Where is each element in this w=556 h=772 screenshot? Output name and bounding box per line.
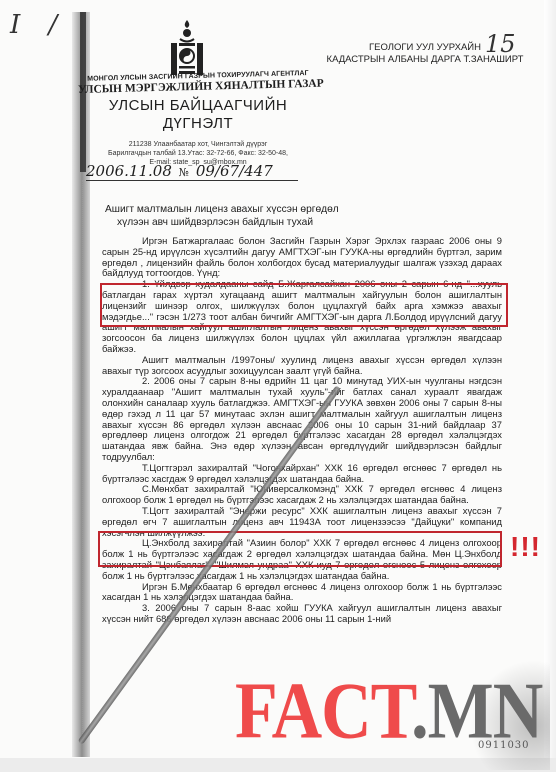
soyombo-emblem-icon — [165, 18, 209, 80]
recipient-line1: ГЕОЛОГИ УУЛ УУРХАЙН — [300, 42, 550, 54]
paragraph-citizen-munkhbaatar: Иргэн Б.Мөнхбаатар 6 өргөдөл өгснөөс 4 л… — [102, 582, 502, 604]
paragraph-intro: Иргэн Батжаргалаас болон Засгийн Газрын … — [102, 236, 502, 279]
document-dateline: 2006.11.08 № 09/67/447 — [86, 162, 298, 181]
address-line: Барилгачдын талбай 13.Утас: 32-72-66, Фа… — [78, 149, 318, 158]
document-serial-number: 0911030 — [478, 740, 530, 751]
exclamation-annotation: !!! — [510, 533, 541, 561]
document-number: 09/67/447 — [196, 162, 273, 180]
document-type-line1: УЛСЫН БАЙЦААГЧИЙН — [78, 98, 318, 114]
highlight-box-minister-letter — [100, 283, 508, 327]
subject-line2: хүлээн авч шийдвэрлэсэн байдлын тухай — [105, 216, 339, 229]
number-label: № — [179, 166, 189, 179]
handwritten-corner-mark: I / — [10, 10, 67, 40]
document-date: 2006.11.08 — [86, 162, 172, 180]
document-type-line2: ДҮГНЭЛТ — [78, 116, 318, 132]
address-line: 211238 Улаанбаатар хот, Чингэлтэй дүүрэг — [78, 140, 318, 149]
issuing-agency-letterhead: МОНГОЛ УЛСЫН ЗАСГИЙН ГАЗРЫН ТОХИРУУЛАГЧ … — [78, 76, 318, 167]
page-right-edge — [544, 0, 556, 758]
paragraph-point-3: 3. 2006 оны 7 сарын 8-аас хойш ГУУКА хай… — [102, 603, 502, 625]
highlight-box-energy-resource — [98, 531, 502, 567]
watermark-text-red: FACT — [235, 667, 411, 756]
paragraph-law-note: Ашигт малтмалын /1997оны/ хуулинд лиценз… — [102, 355, 502, 377]
document-subject: Ашигт малтмалын лиценз авахыг хүссэн өрг… — [105, 203, 339, 229]
scan-dotted-edge — [82, 180, 84, 740]
paragraph-company-universalcommand: С.Мөнхбат захиралтай "Юниверсалкомэнд" Х… — [102, 484, 502, 506]
subject-line1: Ашигт малтмалын лиценз авахыг хүссэн өрг… — [105, 203, 339, 216]
paragraph-point-2: 2. 2006 оны 7 сарын 8-ны өдрийн 11 цаг 1… — [102, 376, 502, 462]
paragraph-company-chogonkhairkhan: Т.Цогтгэрэл захиралтай "Чогонхайрхан" ХХ… — [102, 463, 502, 485]
recipient-block: ГЕОЛОГИ УУЛ УУРХАЙН КАДАСТРЫН АЛБАНЫ ДАР… — [300, 42, 550, 66]
recipient-line2: КАДАСТРЫН АЛБАНЫ ДАРГА Т.ЗАНАШИРТ — [300, 54, 550, 66]
